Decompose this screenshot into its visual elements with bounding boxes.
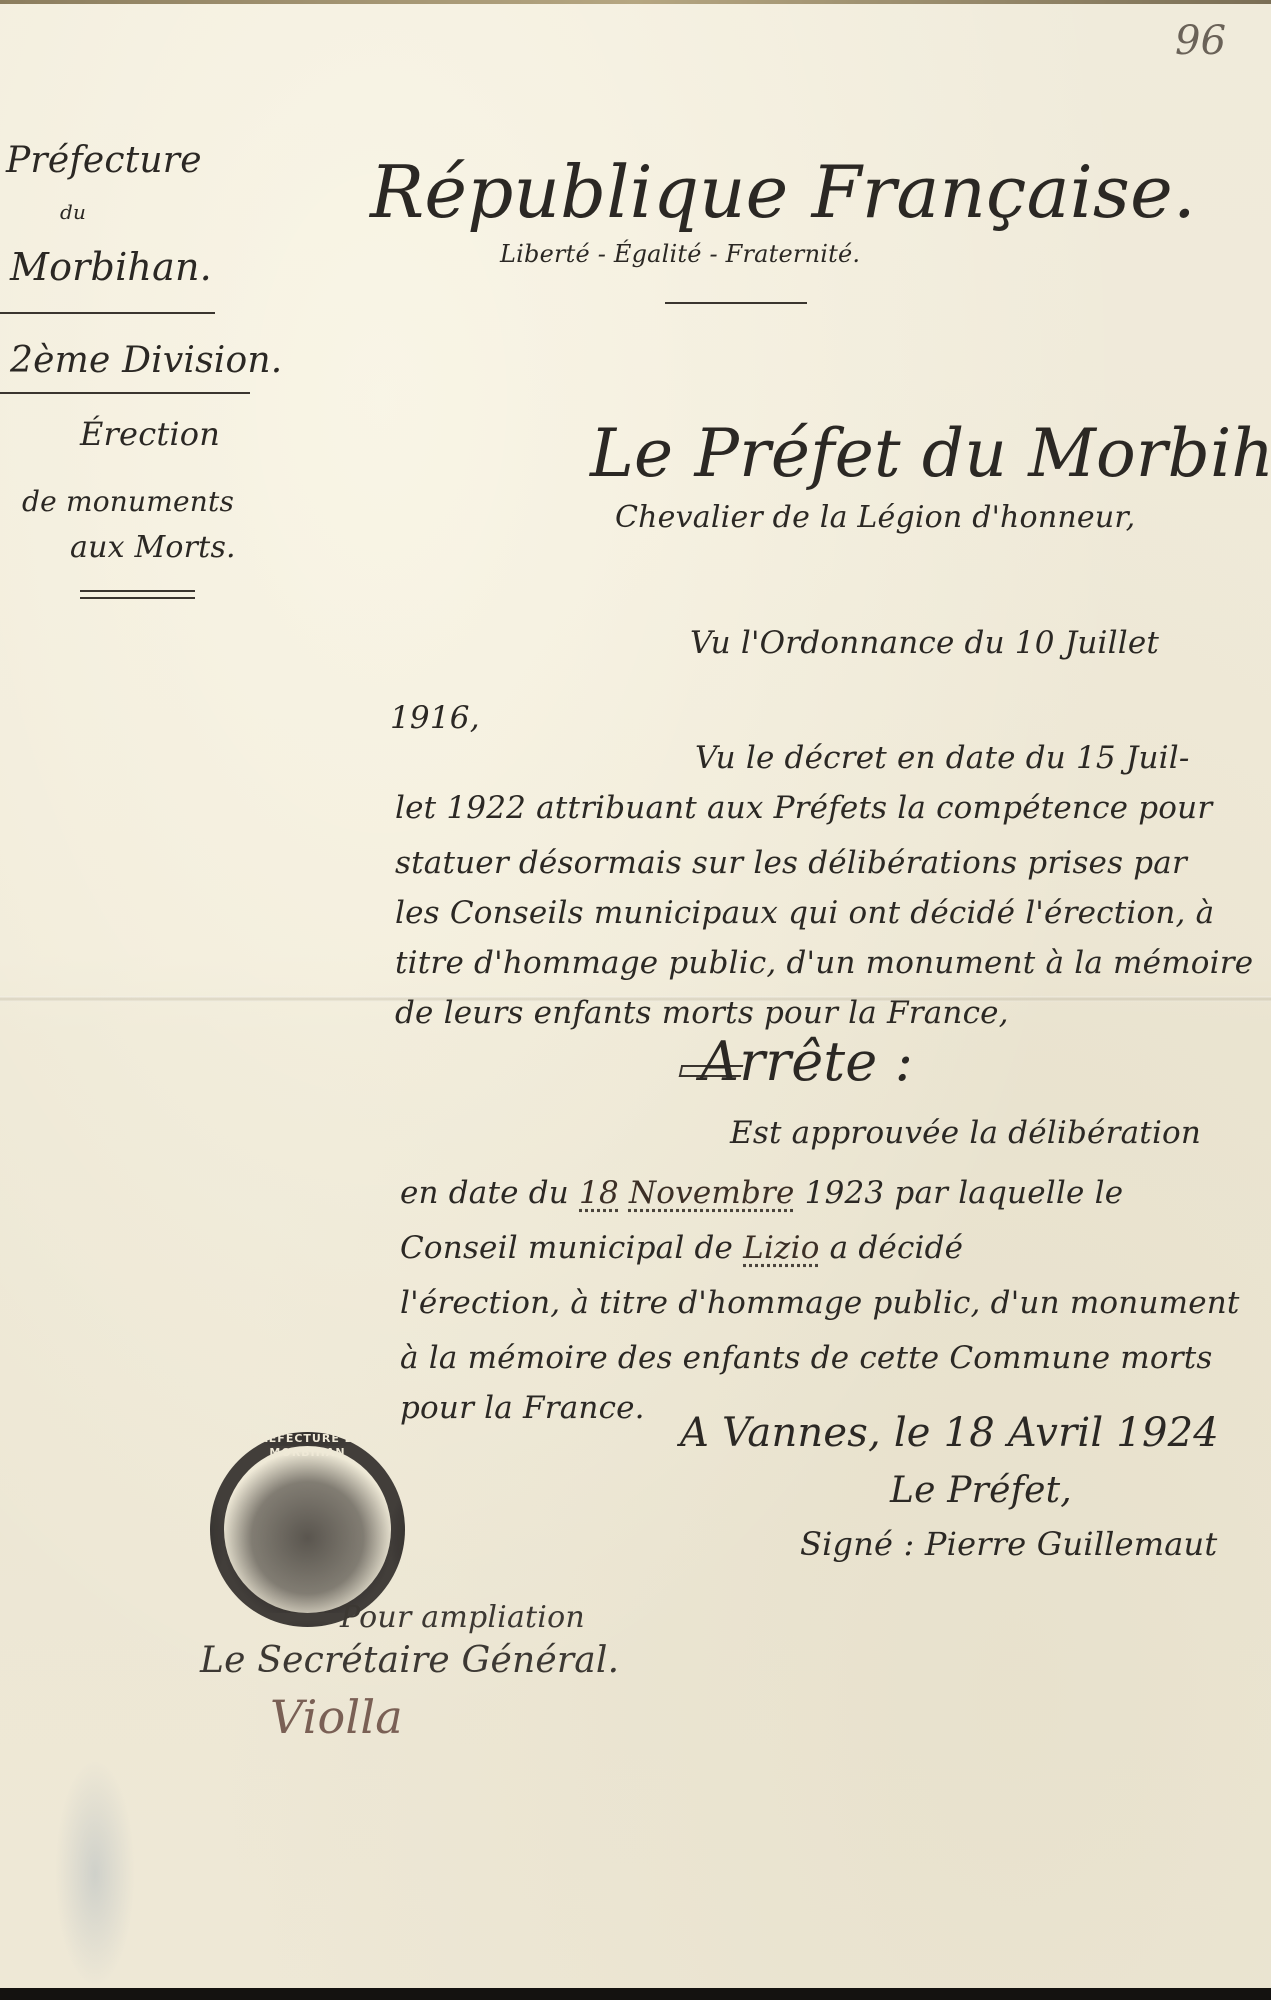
- decree-line: à la mémoire des enfants de cette Commun…: [400, 1340, 1213, 1376]
- margin-double-rule: [80, 597, 195, 599]
- recital-line: let 1922 attribuant aux Préfets la compé…: [395, 790, 1212, 826]
- decree-text: Conseil municipal de: [400, 1230, 743, 1266]
- recital-line: Vu le décret en date du 15 Juil-: [695, 740, 1190, 776]
- document-sheet: 96 Préfecture du Morbihan. 2ème Division…: [0, 0, 1271, 1988]
- paper-stain: [55, 1760, 135, 1988]
- signer-role: Le Préfet,: [890, 1470, 1072, 1511]
- recital-line: les Conseils municipaux qui ont décidé l…: [395, 895, 1214, 931]
- decree-text: 1923 par laquelle le: [795, 1175, 1124, 1211]
- secretary-general-label: Le Secrétaire Général.: [200, 1640, 619, 1681]
- recital-line: de leurs enfants morts pour la France,: [395, 995, 1009, 1031]
- folio-number: 96: [1175, 18, 1226, 64]
- decree-text: a décidé: [820, 1230, 964, 1266]
- signer-name: Signé : Pierre Guillemaut: [800, 1525, 1217, 1563]
- prefecture-seal-stamp: [210, 1432, 405, 1627]
- margin-prefecture: Préfecture: [6, 140, 202, 181]
- margin-department: Morbihan.: [10, 245, 212, 289]
- ampliation-label: Pour ampliation: [340, 1600, 585, 1635]
- place-date: A Vannes, le 18 Avril 1924: [680, 1410, 1219, 1456]
- margin-subject-3: aux Morts.: [70, 530, 236, 565]
- margin-division: 2ème Division.: [10, 340, 282, 381]
- decree-text: en date du: [400, 1175, 579, 1211]
- issuer-honor: Chevalier de la Légion d'honneur,: [615, 500, 1135, 535]
- recital-line: Vu l'Ordonnance du 10 Juillet: [690, 625, 1159, 661]
- recital-line: statuer désormais sur les délibérations …: [395, 845, 1187, 881]
- deliberation-month: Novembre: [629, 1175, 795, 1211]
- margin-rule: [0, 312, 215, 314]
- decree-line: l'érection, à titre d'hommage public, d'…: [400, 1285, 1240, 1321]
- document-motto: Liberté - Égalité - Fraternité.: [500, 240, 860, 268]
- margin-subject-2: de monuments: [22, 485, 234, 518]
- heading-rule: [665, 302, 807, 304]
- commune-name: Lizio: [743, 1230, 819, 1266]
- decree-line: pour la France.: [400, 1390, 645, 1426]
- recital-line: 1916,: [390, 700, 480, 736]
- margin-du: du: [60, 200, 86, 224]
- issuer-title: Le Préfet du Morbihan,: [590, 415, 1271, 492]
- stamp-text: PRÉFECTURE DU MORBIHAN: [210, 1432, 405, 1460]
- decree-heading: Arrête :: [700, 1030, 913, 1093]
- secretary-signature: Violla: [270, 1690, 403, 1744]
- scan-edge: [0, 0, 1271, 4]
- recital-line: titre d'hommage public, d'un monument à …: [395, 945, 1253, 981]
- decree-line: Est approuvée la délibération: [730, 1115, 1201, 1151]
- decree-line-commune: Conseil municipal de Lizio a décidé: [400, 1230, 963, 1266]
- deliberation-day: 18: [579, 1175, 619, 1211]
- decree-line-date: en date du 18 Novembre 1923 par laquelle…: [400, 1175, 1123, 1211]
- document-title: République Française.: [370, 150, 1196, 234]
- margin-double-rule: [80, 590, 195, 592]
- margin-subject-1: Érection: [80, 415, 220, 453]
- margin-rule: [0, 392, 250, 394]
